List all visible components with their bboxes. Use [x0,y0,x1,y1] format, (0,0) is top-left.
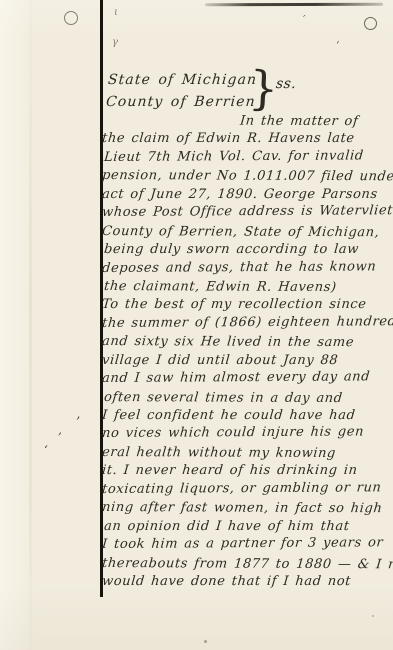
handwriting-line: village I did until about Jany 88 [101,352,393,370]
handwriting-line: I took him as a partner for 3 years or [101,534,393,554]
body-lines: In the matter ofthe claim of Edwin R. Ha… [102,112,393,591]
paper-fold-crease [29,0,32,650]
ink-speck [372,615,374,617]
paper-top-edge [205,3,383,7]
handwriting-line: and I saw him almost every day and [101,368,393,388]
ink-speck: ι [114,8,118,18]
handwriting-line: the summer of (1866) eighteen hundred [101,313,393,333]
handwriting-line: deposes and says, that he has known [101,258,393,278]
ink-speck: γ [112,38,118,48]
ink-speck [204,640,207,643]
handwriting-line: To the best of my recollection since [101,296,393,314]
handwriting-line: an opinion did I have of him that [101,518,393,536]
handwriting-line: no vices which could injure his gen [101,424,393,444]
handwriting-line: ning after fast women, in fact so high [101,499,393,519]
handwriting-line: and sixty six He lived in the same [101,333,393,353]
handwriting-line: being duly sworn according to law [101,241,393,259]
ink-speck: ‘ [336,40,340,51]
ink-speck: ′ [303,14,306,25]
ink-speck: ’ [76,416,80,429]
handwriting-line: it. I never heard of his drinking in [101,462,393,480]
handwriting-line: the claim of Edwin R. Havens late [101,130,393,148]
document-page: State of Michigan County of Berrien } ss… [0,0,393,650]
handwriting-line: eral health without my knowing [101,444,393,464]
handwriting-line: the claimant, Edwin R. Havens) [101,278,393,298]
handwriting-line: often several times in a day and [101,389,393,409]
ring-mark [64,11,78,25]
handwriting-line: Lieut 7th Mich Vol. Cav. for invalid [101,147,393,167]
handwriting-line: would have done that if I had not [101,573,393,591]
jurat-heading: State of Michigan County of Berrien [105,69,259,113]
heading-line-county: County of Berrien [105,91,257,113]
jurat-ss: ss. [275,76,297,92]
handwriting-line: In the matter of [101,112,393,132]
handwriting-line: pension, under No 1.011.007 filed under [101,167,393,187]
handwriting-line: whose Post Office address is Watervliet [101,202,393,222]
handwriting-line: toxicating liquors, or gambling or run [101,479,393,499]
handwriting-line: County of Berrien, State of Michigan, [101,223,393,243]
ink-speck: ‚ [58,424,62,436]
handwriting-line: act of June 27, 1890. George Parsons [101,186,393,204]
heading-line-state: State of Michigan [107,69,259,91]
handwriting-line: thereabouts from 1877 to 1880 — & I neve… [101,555,393,575]
ring-mark [364,17,377,30]
ink-speck: ‘ [44,444,48,456]
